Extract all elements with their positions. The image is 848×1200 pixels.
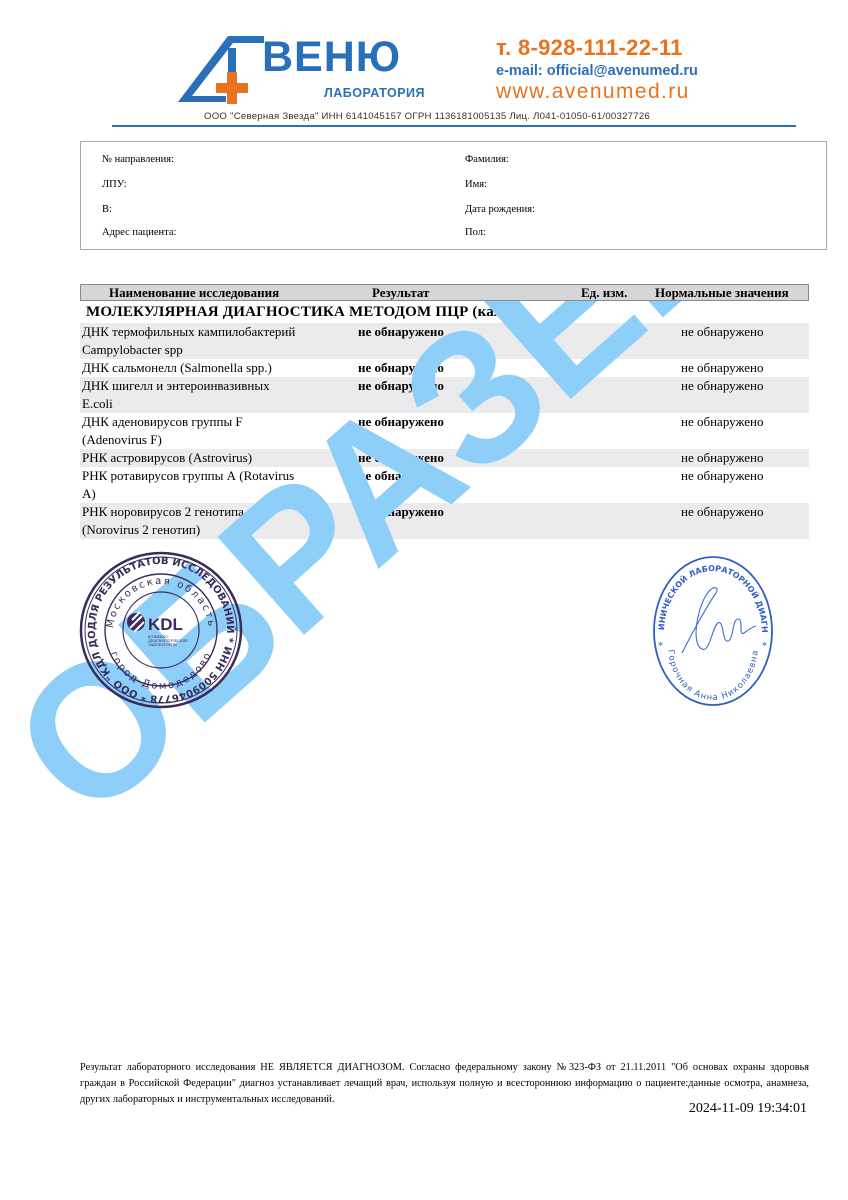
referral-number-label: № направления: bbox=[102, 154, 174, 165]
svg-text:ЛАБОРАТОРИИ: ЛАБОРАТОРИИ bbox=[148, 643, 177, 647]
lab-seal-stamp: ДЛЯ РЕЗУЛЬТАТОВ ИССЛЕДОВАНИЙ * ИНН 50090… bbox=[78, 550, 244, 710]
birth-date-label: Дата рождения: bbox=[465, 204, 535, 215]
b-label: В: bbox=[102, 204, 112, 215]
kdl-logo-icon bbox=[127, 612, 145, 632]
test-reference: не обнаружено bbox=[681, 467, 764, 485]
table-row: ДНК сальмонелл (Salmonella spp.)не обнар… bbox=[80, 359, 809, 377]
table-row: ДНК аденовирусов группы F(Adenovirus F)н… bbox=[80, 413, 809, 449]
section-title: МОЛЕКУЛЯРНАЯ ДИАГНОСТИКА МЕТОДОМ ПЦР (ка… bbox=[80, 301, 809, 323]
svg-text:*: * bbox=[762, 641, 767, 652]
table-header: Наименование исследования Результат Ед. … bbox=[80, 284, 809, 301]
table-row: ДНК термофильных кампилобактерийCampylob… bbox=[80, 323, 809, 359]
svg-text:ВРАЧ КЛИНИЧЕСКОЙ ЛАБОРАТОРНОЙ: ВРАЧ КЛИНИЧЕСКОЙ ЛАБОРАТОРНОЙ ДИАГНОСТИК… bbox=[652, 553, 769, 633]
contacts-block: т. 8-928-111-22-11 e-mail: official@aven… bbox=[496, 36, 698, 104]
test-result: не обнаружено bbox=[358, 503, 444, 521]
test-result: не обнаружено bbox=[358, 413, 444, 431]
letterhead: ВЕНЮ ЛАБОРАТОРИЯ т. 8-928-111-22-11 e-ma… bbox=[112, 28, 800, 130]
test-name: ДНК термофильных кампилобактерийCampylob… bbox=[80, 323, 344, 359]
patient-info-box: № направления: ЛПУ: В: Адрес пациента: Ф… bbox=[80, 141, 827, 250]
table-row: РНК норовирусов 2 генотипа(Norovirus 2 г… bbox=[80, 503, 809, 539]
aveniu-logo: ВЕНЮ ЛАБОРАТОРИЯ bbox=[178, 36, 440, 108]
signature-icon bbox=[682, 588, 756, 653]
table-row: РНК ротавирусов группы А (RotavirusA)не … bbox=[80, 467, 809, 503]
email-address: e-mail: official@avenumed.ru bbox=[496, 62, 698, 80]
test-result: не обнаружено bbox=[358, 323, 444, 341]
test-name: ДНК сальмонелл (Salmonella spp.) bbox=[80, 359, 344, 377]
test-name: ДНК аденовирусов группы F(Adenovirus F) bbox=[80, 413, 344, 449]
test-result: не обнаружено bbox=[358, 359, 444, 377]
test-name: РНК астровирусов (Astrovirus) bbox=[80, 449, 344, 467]
lpu-label: ЛПУ: bbox=[102, 179, 127, 190]
test-reference: не обнаружено bbox=[681, 413, 764, 431]
test-reference: не обнаружено bbox=[681, 449, 764, 467]
logo-a-plus-icon bbox=[178, 36, 268, 108]
first-name-label: Имя: bbox=[465, 179, 487, 190]
surname-label: Фамилия: bbox=[465, 154, 509, 165]
svg-text:KDL: KDL bbox=[148, 615, 183, 634]
logo-wordmark: ВЕНЮ bbox=[262, 34, 401, 80]
test-reference: не обнаружено bbox=[681, 503, 764, 521]
test-reference: не обнаружено bbox=[681, 377, 764, 395]
test-name: РНК ротавирусов группы А (RotavirusA) bbox=[80, 467, 344, 503]
svg-text:Горочная Анна Николаевна: Горочная Анна Николаевна bbox=[665, 649, 761, 703]
header-name: Наименование исследования bbox=[109, 285, 279, 301]
svg-text:*: * bbox=[658, 641, 663, 652]
results-rows: ДНК термофильных кампилобактерийCampylob… bbox=[80, 323, 809, 539]
test-reference: не обнаружено bbox=[681, 323, 764, 341]
letterhead-divider bbox=[112, 125, 796, 127]
header-unit: Ед. изм. bbox=[581, 285, 627, 301]
test-result: не обнаружено bbox=[358, 377, 444, 395]
test-reference: не обнаружено bbox=[681, 359, 764, 377]
sex-label: Пол: bbox=[465, 227, 486, 238]
table-row: РНК астровирусов (Astrovirus)не обнаруже… bbox=[80, 449, 809, 467]
logo-subtitle: ЛАБОРАТОРИЯ bbox=[324, 86, 425, 100]
header-result: Результат bbox=[372, 285, 429, 301]
report-timestamp: 2024-11-09 19:34:01 bbox=[689, 1101, 807, 1117]
phone-number: т. 8-928-111-22-11 bbox=[496, 36, 698, 60]
test-name: РНК норовирусов 2 генотипа(Norovirus 2 г… bbox=[80, 503, 344, 539]
company-details: ООО "Северная Звезда" ИНН 6141045157 ОГР… bbox=[204, 111, 650, 122]
table-row: ДНК шигелл и энтероинвазивныхE.coliне об… bbox=[80, 377, 809, 413]
results-table: Наименование исследования Результат Ед. … bbox=[80, 284, 809, 539]
header-norm: Нормальные значения bbox=[655, 285, 789, 301]
test-result: не обнаружено bbox=[358, 467, 444, 485]
doctor-stamp: ВРАЧ КЛИНИЧЕСКОЙ ЛАБОРАТОРНОЙ ДИАГНОСТИК… bbox=[652, 553, 774, 708]
test-result: не обнаружено bbox=[358, 449, 444, 467]
patient-address-label: Адрес пациента: bbox=[102, 227, 176, 238]
website-url: www.avenumed.ru bbox=[496, 80, 698, 104]
test-name: ДНК шигелл и энтероинвазивныхE.coli bbox=[80, 377, 344, 413]
